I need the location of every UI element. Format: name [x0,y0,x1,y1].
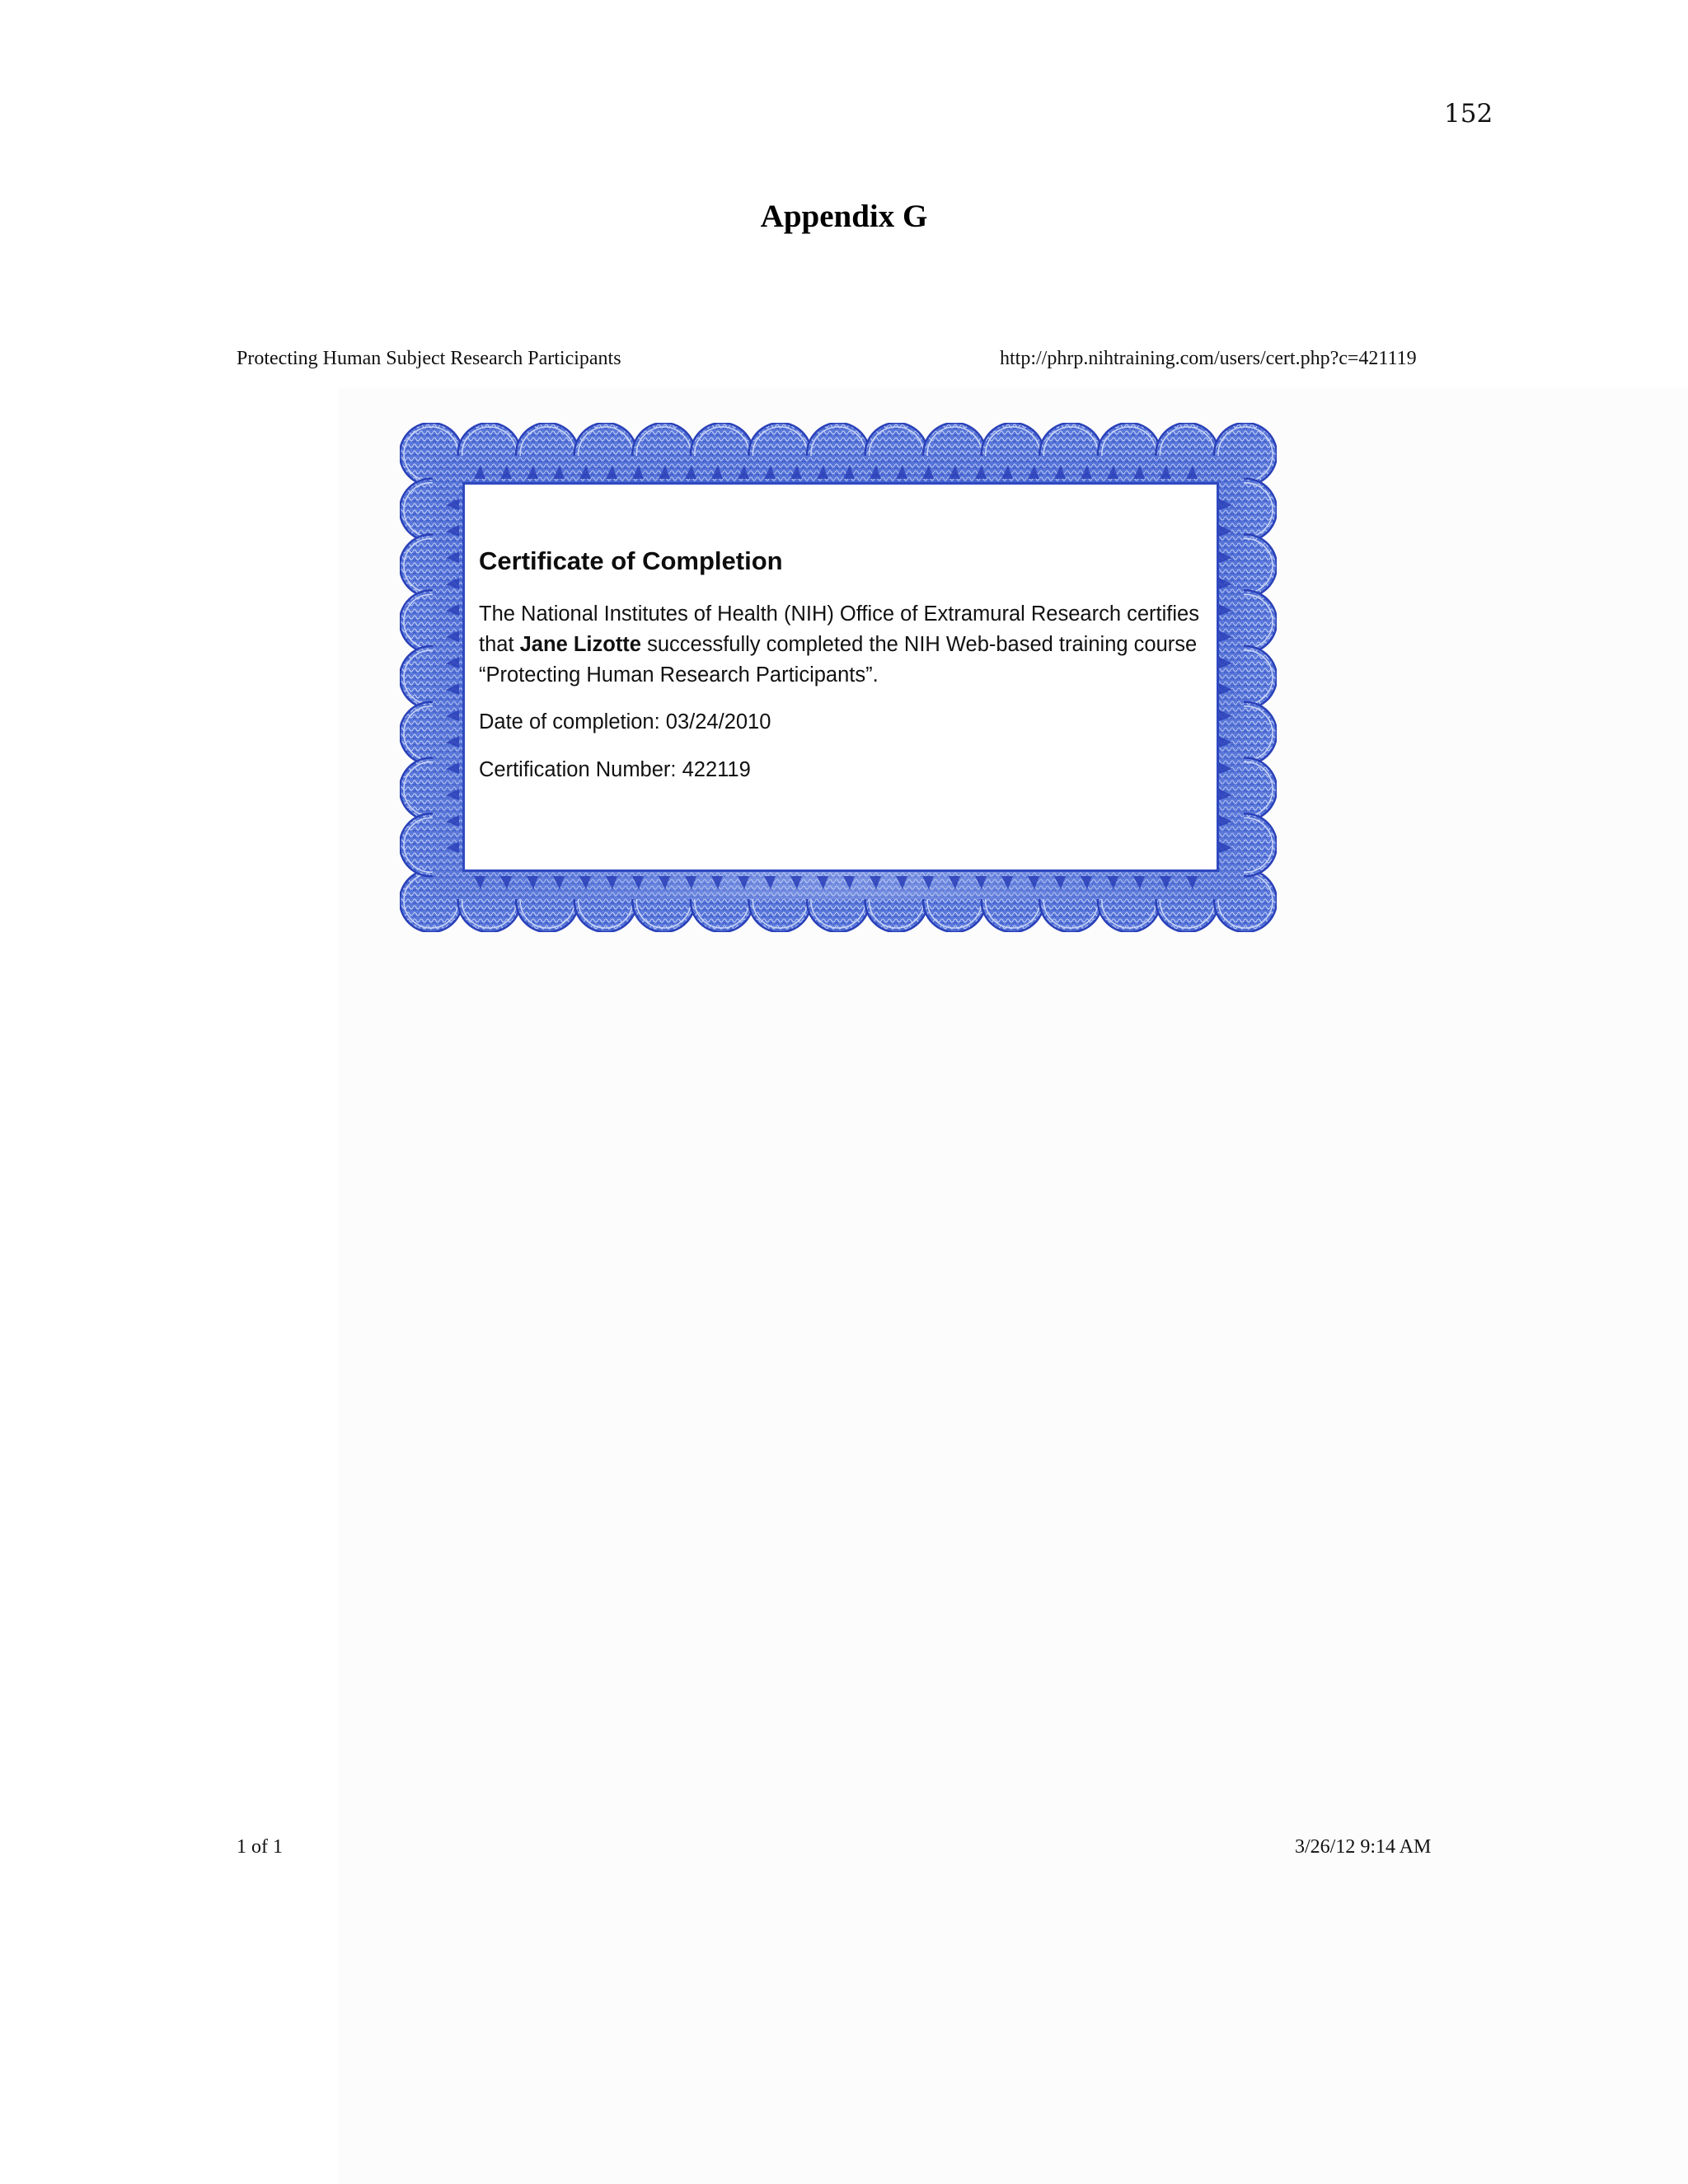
certificate-statement: The National Institutes of Health (NIH) … [479,599,1204,691]
completion-date: Date of completion: 03/24/2010 [479,707,1204,738]
page-number: 152 [1444,99,1493,129]
print-header-title: Protecting Human Subject Research Partic… [237,348,621,370]
certificate-content: Certificate of Completion The National I… [479,546,1204,803]
print-header-url: http://phrp.nihtraining.com/users/cert.p… [1000,348,1417,370]
completion-date-value: 03/24/2010 [666,710,771,733]
certificate-title: Certificate of Completion [479,546,1204,576]
certification-number-value: 422119 [682,758,751,781]
print-footer-timestamp: 3/26/12 9:14 AM [1295,1836,1431,1858]
recipient-name: Jane Lizotte [520,633,641,656]
certificate: Certificate of Completion The National I… [400,423,1277,932]
certification-number: Certification Number: 422119 [479,755,1204,785]
print-footer-page-count: 1 of 1 [237,1836,283,1858]
certification-number-label: Certification Number: [479,758,682,781]
appendix-title: Appendix G [0,198,1688,235]
completion-date-label: Date of completion: [479,710,666,733]
